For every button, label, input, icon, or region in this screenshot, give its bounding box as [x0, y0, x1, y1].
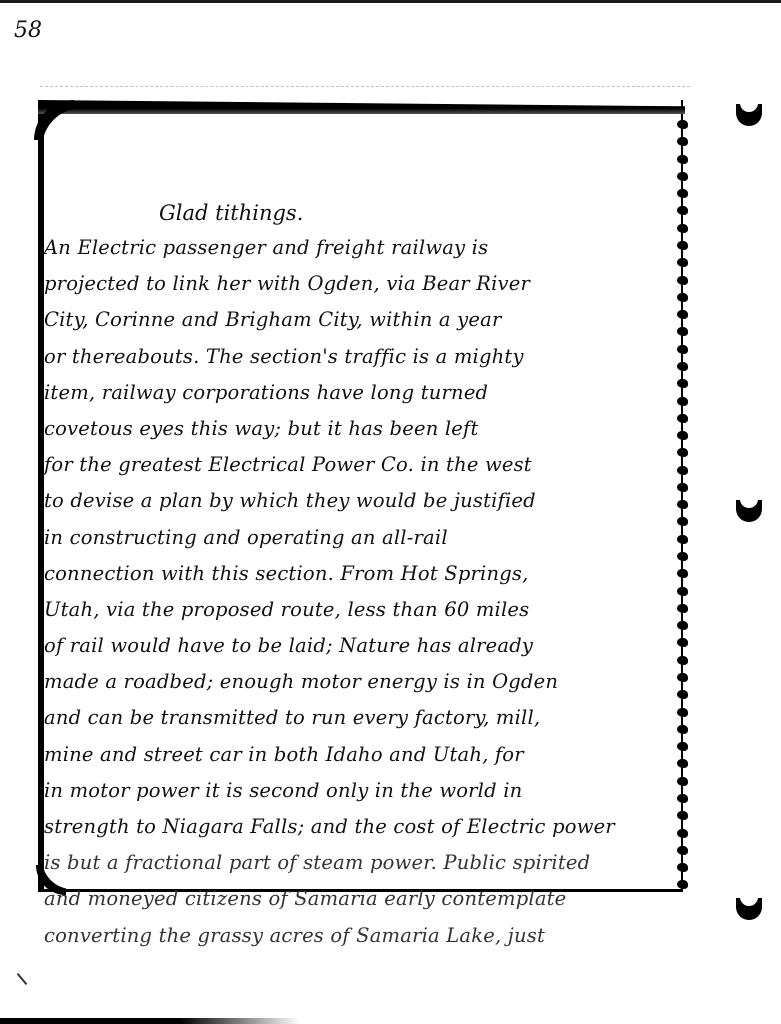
- spiral-coil: [677, 811, 688, 820]
- spiral-coil: [677, 397, 688, 406]
- notebook-page: Glad tithings. An Electric passenger and…: [38, 100, 683, 892]
- spiral-coil: [677, 137, 688, 146]
- spiral-coil: [677, 673, 688, 682]
- spiral-coil: [677, 276, 688, 285]
- spiral-coil: [677, 777, 688, 786]
- scan-top-edge: [0, 0, 781, 3]
- document-heading: Glad tithings.: [159, 196, 674, 230]
- text-line: made a roadbed; enough motor energy is i…: [44, 664, 674, 700]
- spiral-coil: [677, 362, 688, 371]
- spiral-coil: [677, 120, 688, 129]
- handwritten-text: Glad tithings. An Electric passenger and…: [44, 196, 674, 954]
- text-line: converting the grassy acres of Samaria L…: [44, 918, 674, 954]
- spiral-coil: [677, 172, 688, 181]
- text-line: projected to link her with Ogden, via Be…: [44, 266, 674, 302]
- spiral-coil: [677, 569, 688, 578]
- text-line: An Electric passenger and freight railwa…: [44, 230, 674, 266]
- spiral-coil: [677, 863, 688, 872]
- spiral-coil: [677, 414, 688, 423]
- page-corner-top-left: [42, 108, 82, 148]
- text-line: of rail would have to be laid; Nature ha…: [44, 628, 674, 664]
- spiral-coil: [677, 846, 688, 855]
- spiral-coil: [677, 759, 688, 768]
- spiral-coil: [677, 535, 688, 544]
- punch-hole-icon: [736, 104, 762, 126]
- spiral-coil: [677, 517, 688, 526]
- spiral-coil: [677, 483, 688, 492]
- text-line: is but a fractional part of steam power.…: [44, 845, 674, 881]
- text-line: and moneyed citizens of Samaria early co…: [44, 881, 674, 917]
- text-line: in motor power it is second only in the …: [44, 773, 674, 809]
- text-line: for the greatest Electrical Power Co. in…: [44, 447, 674, 483]
- spiral-coil: [677, 258, 688, 267]
- spiral-coil: [677, 552, 688, 561]
- spiral-coil: [677, 241, 688, 250]
- spiral-coil: [677, 742, 688, 751]
- spiral-coil: [677, 345, 688, 354]
- stray-pen-mark: [17, 973, 28, 985]
- text-line: or thereabouts. The section's traffic is…: [44, 339, 674, 375]
- spiral-coil: [677, 656, 688, 665]
- text-line: Utah, via the proposed route, less than …: [44, 592, 674, 628]
- text-line: to devise a plan by which they would be …: [44, 483, 674, 519]
- text-line: and can be transmitted to run every fact…: [44, 700, 674, 736]
- spiral-coil: [677, 327, 688, 336]
- spiral-coil: [677, 293, 688, 302]
- text-line: mine and street car in both Idaho and Ut…: [44, 737, 674, 773]
- spiral-coil: [677, 587, 688, 596]
- spiral-coil: [677, 206, 688, 215]
- spiral-coil: [677, 155, 688, 164]
- spiral-coil: [677, 431, 688, 440]
- page-number: 58: [14, 18, 42, 43]
- spiral-coil: [677, 829, 688, 838]
- spiral-coil: [677, 708, 688, 717]
- text-line: connection with this section. From Hot S…: [44, 556, 674, 592]
- text-line: City, Corinne and Brigham City, within a…: [44, 302, 674, 338]
- spiral-coil: [677, 690, 688, 699]
- spiral-coil: [677, 621, 688, 630]
- text-line: strength to Niagara Falls; and the cost …: [44, 809, 674, 845]
- punch-hole-icon: [736, 500, 762, 522]
- spiral-coil: [677, 189, 688, 198]
- text-line: in constructing and operating an all-rai…: [44, 520, 674, 556]
- spiral-coil: [677, 466, 688, 475]
- spiral-coil: [677, 794, 688, 803]
- spiral-binding: [677, 120, 691, 890]
- spiral-coil: [677, 638, 688, 647]
- text-line: item, railway corporations have long tur…: [44, 375, 674, 411]
- punch-hole-icon: [736, 898, 762, 920]
- torn-paper-edge: [40, 86, 690, 97]
- spiral-coil: [677, 725, 688, 734]
- scan-bottom-edge: [0, 1018, 300, 1024]
- spiral-coil: [677, 448, 688, 457]
- spiral-coil: [677, 880, 688, 889]
- spiral-coil: [677, 224, 688, 233]
- spiral-coil: [677, 500, 688, 509]
- spiral-coil: [677, 604, 688, 613]
- spiral-coil: [677, 379, 688, 388]
- spiral-coil: [677, 310, 688, 319]
- text-line: covetous eyes this way; but it has been …: [44, 411, 674, 447]
